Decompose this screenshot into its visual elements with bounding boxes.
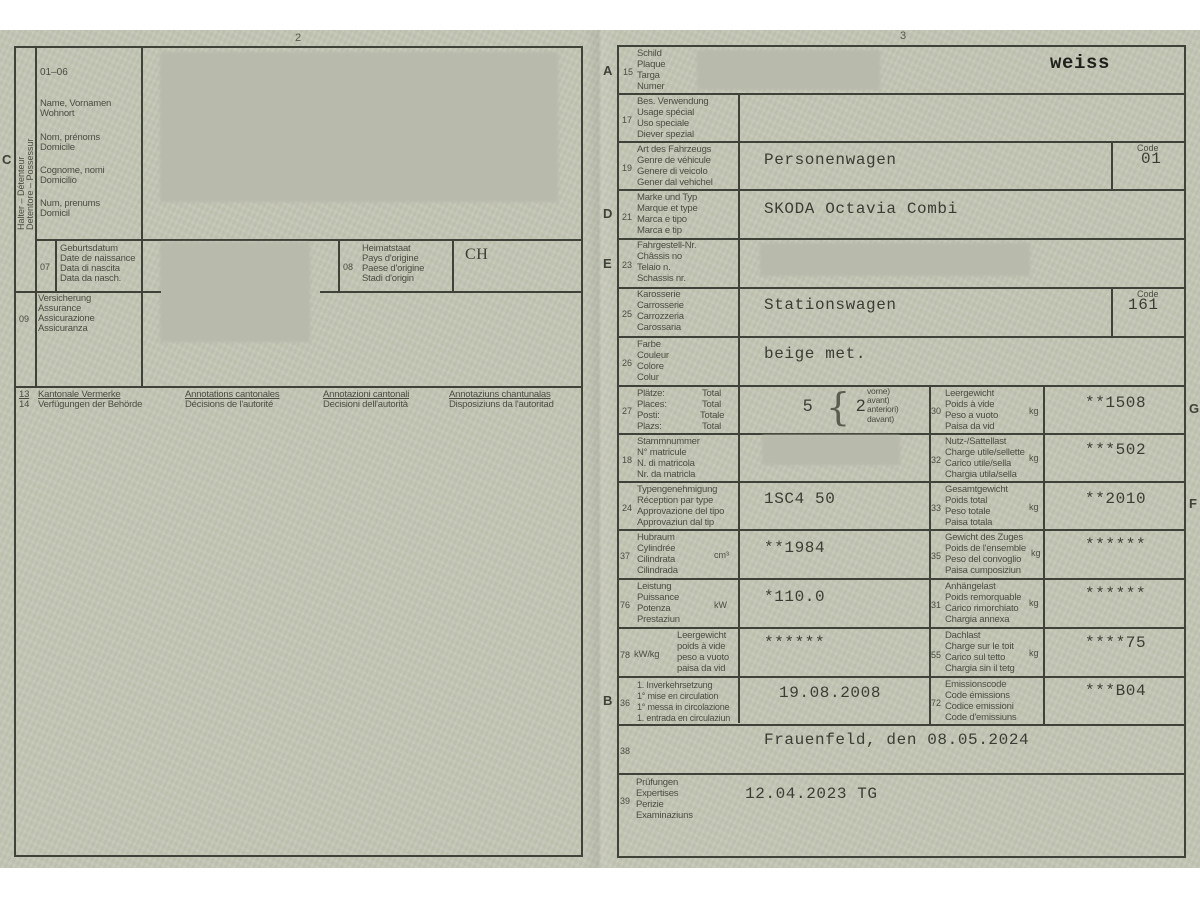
chassis-number-redacted	[760, 243, 1030, 276]
power-value: *110.0	[764, 588, 825, 606]
emission-code-value: ***B04	[1085, 682, 1146, 700]
type-approval-value: 1SC4 50	[764, 490, 835, 508]
registration-document: 2 3 C Halter – Détenteur Detentore – Pos…	[0, 30, 1200, 868]
train-weight-value: ******	[1085, 536, 1146, 554]
master-number-redacted	[762, 435, 900, 465]
birthdate-redacted	[160, 242, 310, 342]
plate-color: weiss	[1050, 52, 1110, 74]
plate-number-redacted	[697, 50, 880, 90]
issue-place-date-value: Frauenfeld, den 08.05.2024	[764, 731, 1029, 749]
body-code: 161	[1128, 296, 1159, 314]
color-value: beige met.	[764, 345, 866, 363]
first-registration-value: 19.08.2008	[779, 684, 881, 702]
holder-vertical-label-2: Detentore – Possessur	[25, 138, 35, 230]
trailer-load-value: ******	[1085, 585, 1146, 603]
origin-value: CH	[465, 246, 488, 264]
holder-name-redacted	[160, 52, 558, 202]
power-weight-value: ******	[764, 634, 825, 652]
make-model-value: SKODA Octavia Combi	[764, 200, 958, 218]
vehicle-type-value: Personenwagen	[764, 151, 897, 169]
displacement-value: **1984	[764, 539, 825, 557]
body-value: Stationswagen	[764, 296, 897, 314]
empty-weight-value: **1508	[1085, 394, 1146, 412]
vehicle-type-code: 01	[1141, 150, 1161, 168]
total-weight-value: **2010	[1085, 490, 1146, 508]
section-marker-c: C	[2, 152, 11, 167]
inspection-value: 12.04.2023 TG	[745, 785, 878, 803]
left-page-number: 2	[295, 32, 301, 44]
page-fold	[585, 30, 615, 868]
seats-front-value: 2	[856, 396, 866, 416]
brace-icon: {	[826, 388, 850, 426]
payload-value: ***502	[1085, 441, 1146, 459]
right-page-number: 3	[900, 30, 906, 42]
roof-load-value: ****75	[1085, 634, 1146, 652]
seats-total-value: 5	[803, 396, 813, 416]
